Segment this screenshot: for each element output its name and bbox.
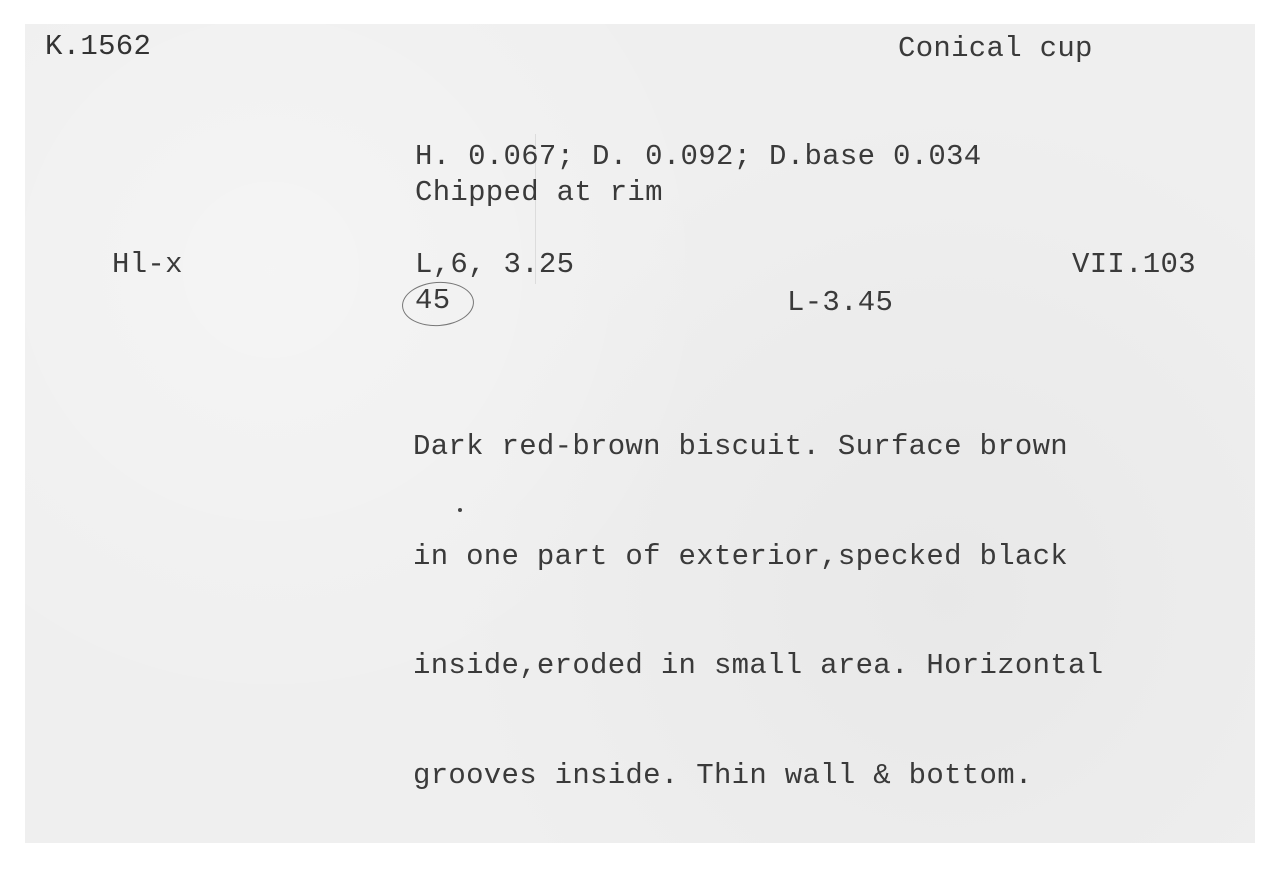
catalog-card: K.1562 Conical cup H. 0.067; D. 0.092; D… [25,24,1255,843]
find-location: L,6, 3.25 [415,248,574,282]
description-line: in one part of exterior,specked black [413,539,1103,576]
description-line: Dark red-brown biscuit. Surface brown [413,429,1103,466]
reference-number: VII.103 [1072,248,1196,282]
accession-number: K.1562 [45,30,151,64]
description-line: inside,eroded in small area. Horizontal [413,648,1103,685]
circled-number: 45 [415,284,450,318]
context-code: Hl-x [112,248,183,282]
find-location-alt: L-3.45 [787,286,893,320]
dimensions: H. 0.067; D. 0.092; D.base 0.034 [415,140,982,174]
ink-speck [458,508,462,512]
description-line: grooves inside. Thin wall & bottom. [413,758,1103,795]
description: Dark red-brown biscuit. Surface brown in… [413,356,1103,867]
object-type: Conical cup [898,32,1093,66]
condition: Chipped at rim [415,176,663,210]
